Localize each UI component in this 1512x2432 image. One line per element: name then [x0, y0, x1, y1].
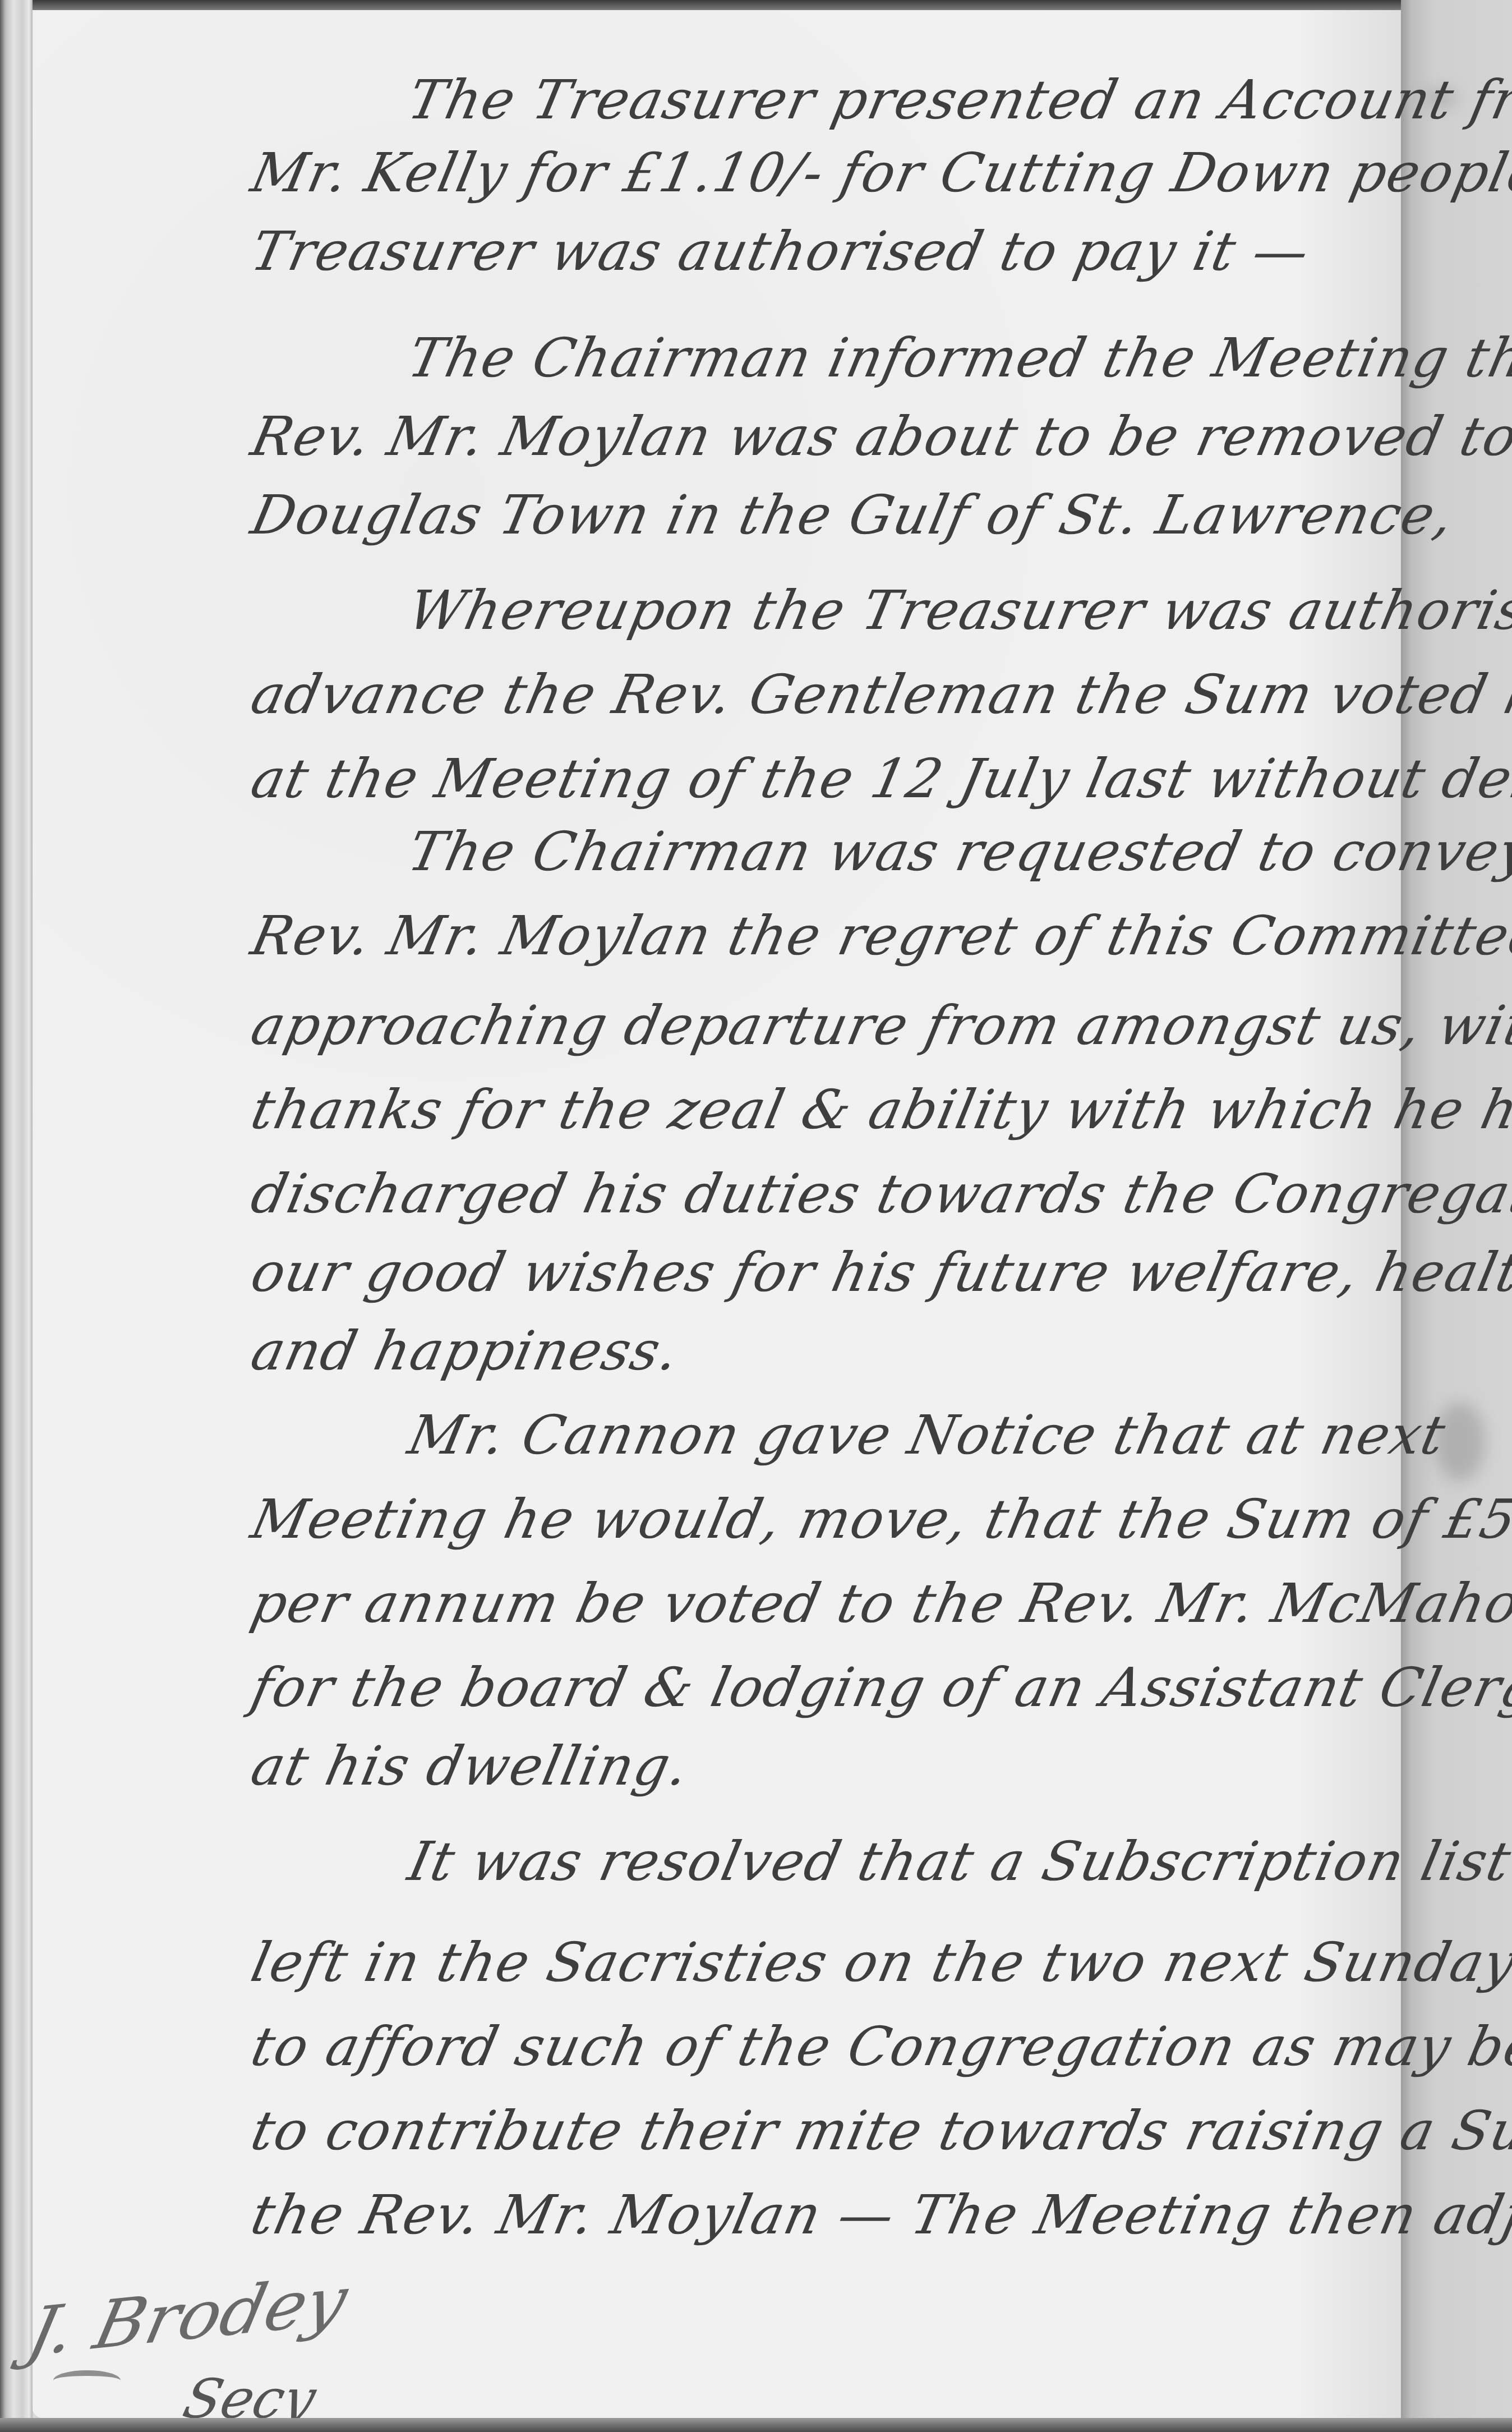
minute-line: the Rev. Mr. Moylan — The Meeting then a… — [247, 2188, 1512, 2242]
minute-line: at the Meeting of the 12 July last witho… — [247, 752, 1512, 806]
minute-line: discharged his duties towards the Congre… — [247, 1167, 1512, 1221]
minute-line: Treasurer was authorised to pay it — — [247, 224, 1315, 278]
minute-line: The Chairman informed the Meeting that t… — [404, 331, 1512, 385]
minute-line: to afford such of the Congregation as ma… — [247, 2020, 1512, 2074]
minute-line: Meeting he would, move, that the Sum of … — [247, 1492, 1512, 1546]
minute-line: at his dwelling. — [247, 1739, 694, 1793]
minute-line: The Treasurer presented an Account from — [404, 73, 1512, 127]
minute-line: left in the Sacristies on the two next S… — [247, 1936, 1512, 1989]
minute-line: per annum be voted to the Rev. Mr. McMah… — [247, 1576, 1512, 1630]
minute-line: approaching departure from amongst us, w… — [247, 999, 1512, 1052]
signature-flourish — [53, 2370, 121, 2390]
minute-line: advance the Rev. Gentleman the Sum voted… — [247, 668, 1512, 721]
minute-line: The Chairman was requested to convey to … — [404, 825, 1512, 879]
minute-line: our good wishes for his future welfare, … — [247, 1245, 1512, 1299]
minute-line: Rev. Mr. Moylan was about to be removed … — [247, 410, 1512, 463]
minute-line: It was resolved that a Subscription list… — [404, 1835, 1512, 1888]
minute-line: for the board & lodging of an Assistant … — [247, 1661, 1512, 1714]
minute-line: thanks for the zeal & ability with which… — [247, 1083, 1512, 1137]
minute-line: Mr. Kelly for £1.10/- for Cutting Down p… — [247, 146, 1512, 200]
minute-line: to contribute their mite towards raising… — [247, 2104, 1512, 2158]
page-bottom-edge — [0, 2418, 1512, 2432]
minute-line: Mr. Cannon gave Notice that at next — [404, 1408, 1450, 1462]
book-binding-edge — [0, 0, 33, 2432]
minute-line: Whereupon the Treasurer was authorised t… — [404, 583, 1512, 637]
minute-line: Douglas Town in the Gulf of St. Lawrence… — [247, 488, 1459, 542]
minute-line: Rev. Mr. Moylan the regret of this Commi… — [247, 909, 1512, 963]
minute-line: and happiness. — [247, 1324, 684, 1378]
